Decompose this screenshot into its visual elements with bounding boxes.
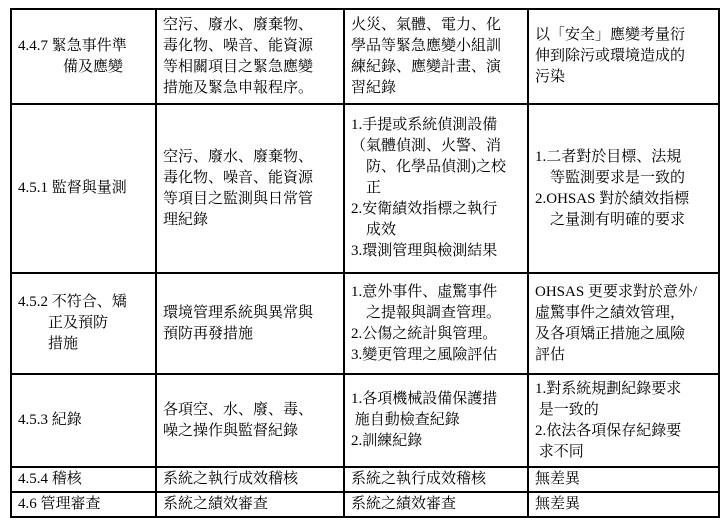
table-row-454-audit: 4.5.4 稽核 系統之執行成效稽核 系統之執行成效稽核 無差異	[11, 467, 719, 492]
table-row-447-emergency: 4.4.7 緊急事件準 備及應變 空污、廢水、廢棄物、 毒化物、噪音、能資源 等…	[11, 9, 719, 104]
cell-section: 4.4.7 緊急事件準 備及應變	[11, 9, 156, 104]
cell-ohsas-scope: 1.各項機械設備保護措 施自動檢查紀錄 2.訓練紀錄	[344, 374, 528, 467]
cell-difference: 無差異	[528, 467, 719, 492]
cell-ohsas-scope: 系統之執行成效稽核	[344, 467, 528, 492]
cell-difference: OHSAS 更要求對於意外/ 虛驚事件之績效管理， 及各項矯正措施之風險 評估	[528, 273, 719, 374]
cell-ems-scope: 環境管理系統與異常與 預防再發措施	[156, 273, 344, 374]
cell-difference: 1.對系統規劃紀錄要求 是一致的 2.依法各項保存紀錄要 求不同	[528, 374, 719, 467]
cell-ems-scope: 空污、廢水、廢棄物、 毒化物、噪音、能資源 等項目之監測與日常管 理紀錄	[156, 104, 344, 273]
cell-ems-scope: 系統之績效審查	[156, 492, 344, 517]
cell-ohsas-scope: 系統之績效審查	[344, 492, 528, 517]
cell-difference: 無差異	[528, 492, 719, 517]
cell-section: 4.5.2 不符合、矯 正及預防 措施	[11, 273, 156, 374]
cell-ems-scope: 系統之執行成效稽核	[156, 467, 344, 492]
cell-ems-scope: 各項空、水、廢、毒、 噪之操作與監督紀錄	[156, 374, 344, 467]
table-row-452-nonconformance: 4.5.2 不符合、矯 正及預防 措施 環境管理系統與異常與 預防再發措施 1.…	[11, 273, 719, 374]
cell-section: 4.5.1 監督與量測	[11, 104, 156, 273]
cell-difference: 以「安全」應變考量衍 伸到除污或環境造成的 污染	[528, 9, 719, 104]
cell-ohsas-scope: 火災、氣體、電力、化 學品等緊急應變小組訓 練紀錄、應變計畫、演 習紀錄	[344, 9, 528, 104]
cell-section: 4.5.3 紀錄	[11, 374, 156, 467]
cell-section: 4.6 管理審查	[11, 492, 156, 517]
cell-ems-scope: 空污、廢水、廢棄物、 毒化物、噪音、能資源 等相關項目之緊急應變 措施及緊急申報…	[156, 9, 344, 104]
table-row-453-records: 4.5.3 紀錄 各項空、水、廢、毒、 噪之操作與監督紀錄 1.各項機械設備保護…	[11, 374, 719, 467]
cell-ohsas-scope: 1.手提或系統偵測設備 （氣體偵測、火警、消 防、化學品偵測)之校 正 2.安衛…	[344, 104, 528, 273]
table-row-46-management-review: 4.6 管理審查 系統之績效審查 系統之績效審查 無差異	[11, 492, 719, 517]
table-row-451-monitoring: 4.5.1 監督與量測 空污、廢水、廢棄物、 毒化物、噪音、能資源 等項目之監測…	[11, 104, 719, 273]
comparison-table: 4.4.7 緊急事件準 備及應變 空污、廢水、廢棄物、 毒化物、噪音、能資源 等…	[10, 8, 720, 518]
cell-ohsas-scope: 1.意外事件、虛驚事件 之提報與調查管理。 2.公傷之統計與管理。 3.變更管理…	[344, 273, 528, 374]
cell-section: 4.5.4 稽核	[11, 467, 156, 492]
cell-difference: 1.二者對於目標、法規 等監測要求是一致的 2.OHSAS 對於績效指標 之量測…	[528, 104, 719, 273]
